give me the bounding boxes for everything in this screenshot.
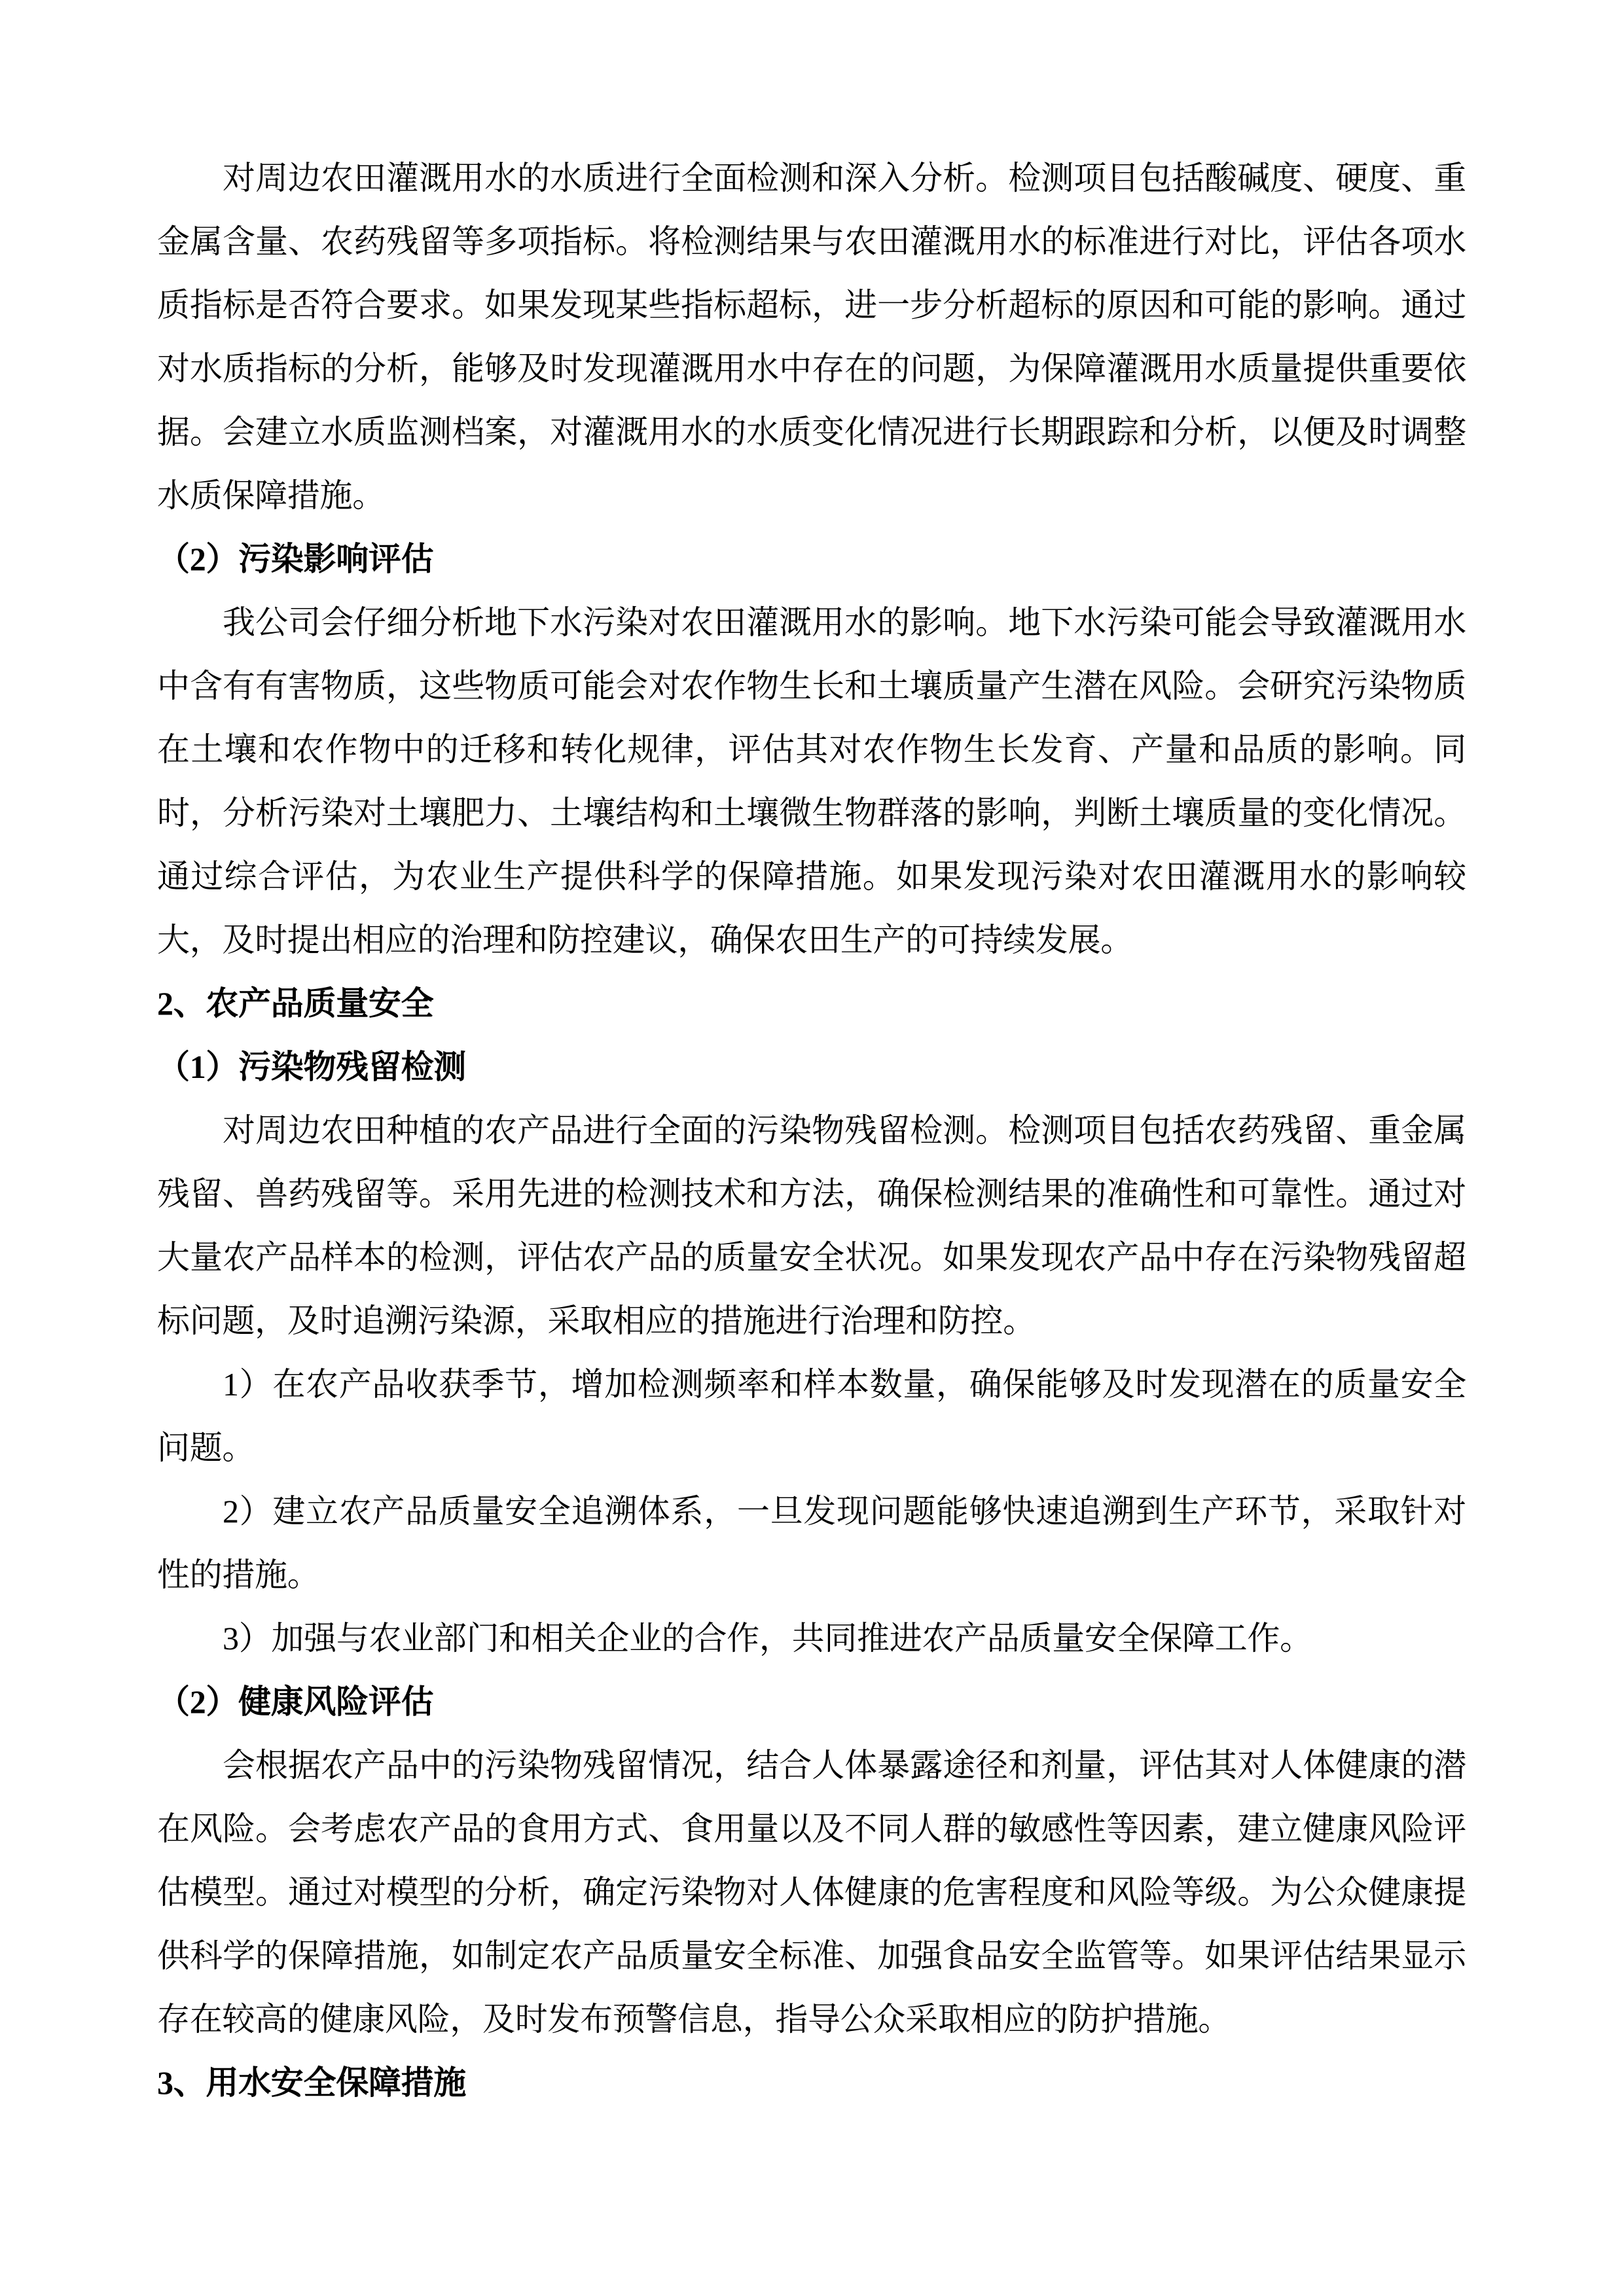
heading: （2）健康风险评估 <box>157 1670 1466 1734</box>
heading: （1）污染物残留检测 <box>157 1035 1466 1099</box>
document-body: 对周边农田灌溉用水的水质进行全面检测和深入分析。检测项目包括酸碱度、硬度、重金属… <box>0 0 1624 2115</box>
list-item: 3）加强与农业部门和相关企业的合作，共同推进农产品质量安全保障工作。 <box>157 1607 1466 1670</box>
text-line: 对周边农田灌溉用水的水质进行全面检测和深入分析。检测项目包括酸碱度、硬度、重 <box>157 147 1466 210</box>
text-line: 2）建立农产品质量安全追溯体系，一旦发现问题能够快速追溯到生产环节，采取针对 <box>157 1480 1466 1543</box>
text-line: 存在较高的健康风险，及时发布预警信息，指导公众采取相应的防护措施。 <box>157 1988 1466 2051</box>
text-line: 大量农产品样本的检测，评估农产品的质量安全状况。如果发现农产品中存在污染物残留超 <box>157 1226 1466 1289</box>
text-line: 在风险。会考虑农产品的食用方式、食用量以及不同人群的敏感性等因素，建立健康风险评 <box>157 1797 1466 1861</box>
text-line: 供科学的保障措施，如制定农产品质量安全标准、加强食品安全监管等。如果评估结果显示 <box>157 1924 1466 1988</box>
text-line: 3、用水安全保障措施 <box>157 2051 1466 2115</box>
text-line: 在土壤和农作物中的迁移和转化规律，评估其对农作物生长发育、产量和品质的影响。同 <box>157 718 1466 781</box>
text-line: 残留、兽药残留等。采用先进的检测技术和方法，确保检测结果的准确性和可靠性。通过对 <box>157 1162 1466 1226</box>
paragraph: 会根据农产品中的污染物残留情况，结合人体暴露途径和剂量，评估其对人体健康的潜在风… <box>157 1734 1466 2051</box>
text-line: （2）健康风险评估 <box>157 1670 1466 1734</box>
text-line: （2）污染影响评估 <box>157 528 1466 591</box>
text-line: 中含有有害物质，这些物质可能会对农作物生长和土壤质量产生潜在风险。会研究污染物质 <box>157 655 1466 718</box>
text-line: （1）污染物残留检测 <box>157 1035 1466 1099</box>
text-line: 1）在农产品收获季节，增加检测频率和样本数量，确保能够及时发现潜在的质量安全 <box>157 1353 1466 1416</box>
text-line: 水质保障措施。 <box>157 464 1466 528</box>
paragraph: 对周边农田种植的农产品进行全面的污染物残留检测。检测项目包括农药残留、重金属残留… <box>157 1099 1466 1353</box>
heading: 3、用水安全保障措施 <box>157 2051 1466 2115</box>
text-line: 对水质指标的分析，能够及时发现灌溉用水中存在的问题，为保障灌溉用水质量提供重要依 <box>157 337 1466 401</box>
text-line: 标问题，及时追溯污染源，采取相应的措施进行治理和防控。 <box>157 1289 1466 1353</box>
text-line: 会根据农产品中的污染物残留情况，结合人体暴露途径和剂量，评估其对人体健康的潜 <box>157 1734 1466 1797</box>
heading: 2、农产品质量安全 <box>157 972 1466 1035</box>
paragraph: 对周边农田灌溉用水的水质进行全面检测和深入分析。检测项目包括酸碱度、硬度、重金属… <box>157 147 1466 528</box>
text-line: 金属含量、农药残留等多项指标。将检测结果与农田灌溉用水的标准进行对比，评估各项水 <box>157 210 1466 274</box>
text-line: 大，及时提出相应的治理和防控建议，确保农田生产的可持续发展。 <box>157 908 1466 972</box>
paragraph: 我公司会仔细分析地下水污染对农田灌溉用水的影响。地下水污染可能会导致灌溉用水中含… <box>157 591 1466 972</box>
document-page: 对周边农田灌溉用水的水质进行全面检测和深入分析。检测项目包括酸碱度、硬度、重金属… <box>0 0 1624 2296</box>
text-line: 问题。 <box>157 1416 1466 1480</box>
text-line: 性的措施。 <box>157 1543 1466 1607</box>
list-item: 1）在农产品收获季节，增加检测频率和样本数量，确保能够及时发现潜在的质量安全问题… <box>157 1353 1466 1480</box>
text-line: 据。会建立水质监测档案，对灌溉用水的水质变化情况进行长期跟踪和分析，以便及时调整 <box>157 401 1466 464</box>
list-item: 2）建立农产品质量安全追溯体系，一旦发现问题能够快速追溯到生产环节，采取针对性的… <box>157 1480 1466 1607</box>
text-line: 我公司会仔细分析地下水污染对农田灌溉用水的影响。地下水污染可能会导致灌溉用水 <box>157 591 1466 655</box>
text-line: 2、农产品质量安全 <box>157 972 1466 1035</box>
text-line: 时，分析污染对土壤肥力、土壤结构和土壤微生物群落的影响，判断土壤质量的变化情况。 <box>157 781 1466 845</box>
text-line: 3）加强与农业部门和相关企业的合作，共同推进农产品质量安全保障工作。 <box>157 1607 1466 1670</box>
text-line: 质指标是否符合要求。如果发现某些指标超标，进一步分析超标的原因和可能的影响。通过 <box>157 274 1466 337</box>
heading: （2）污染影响评估 <box>157 528 1466 591</box>
text-line: 对周边农田种植的农产品进行全面的污染物残留检测。检测项目包括农药残留、重金属 <box>157 1099 1466 1162</box>
text-line: 通过综合评估，为农业生产提供科学的保障措施。如果发现污染对农田灌溉用水的影响较 <box>157 845 1466 908</box>
text-line: 估模型。通过对模型的分析，确定污染物对人体健康的危害程度和风险等级。为公众健康提 <box>157 1861 1466 1924</box>
